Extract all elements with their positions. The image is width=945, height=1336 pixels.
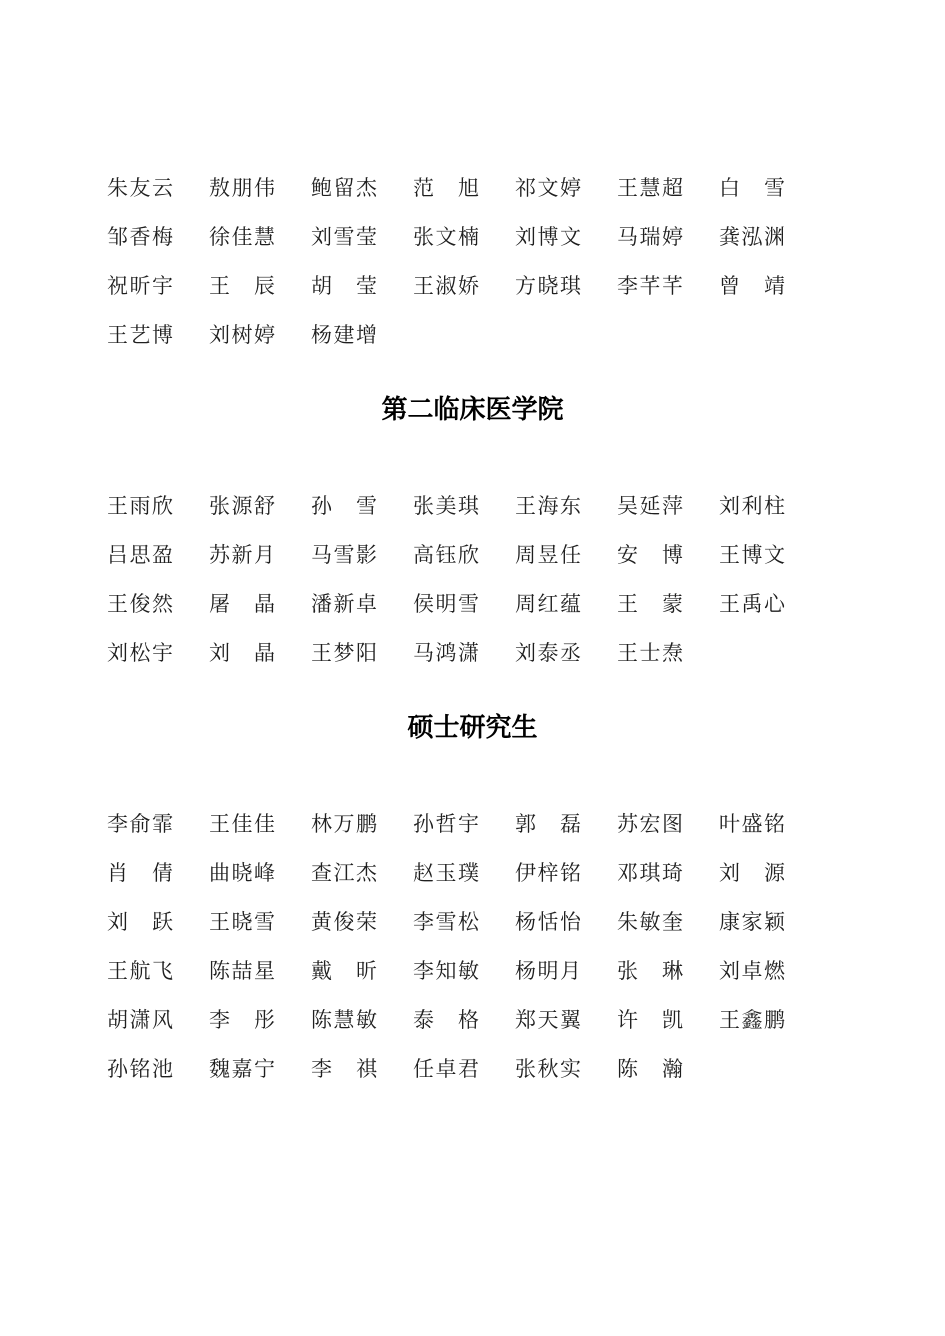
name-cell: 陈慧敏 (311, 1009, 377, 1031)
name-cell: 胡潇风 (107, 1009, 173, 1031)
name-cell: 王慧超 (617, 177, 683, 199)
name-cell: 泰格 (413, 1009, 479, 1031)
name-cell: 刘松宇 (107, 642, 173, 664)
name-cell: 祝昕宇 (107, 275, 173, 297)
name-row: 刘跃王晓雪黄俊荣李雪松杨恬怡朱敏奎康家颖 (107, 911, 787, 933)
name-cell: 苏宏图 (617, 813, 683, 835)
name-cell: 马鸿潇 (413, 642, 479, 664)
name-cell: 叶盛铭 (719, 813, 785, 835)
name-cell: 王淑娇 (413, 275, 479, 297)
name-cell: 胡莹 (311, 275, 377, 297)
name-cell: 祁文婷 (515, 177, 581, 199)
name-cell: 安博 (617, 544, 683, 566)
name-cell: 曾靖 (719, 275, 785, 297)
name-cell: 邓琪琦 (617, 862, 683, 884)
name-cell: 伊梓铭 (515, 862, 581, 884)
name-cell: 李祺 (311, 1058, 377, 1080)
name-cell: 张文楠 (413, 226, 479, 248)
name-cell: 杨建增 (311, 324, 377, 346)
name-row: 吕思盈苏新月马雪影高钰欣周昱任安博王博文 (107, 544, 787, 566)
name-row: 祝昕宇王辰胡莹王淑娇方晓琪李芊芊曾靖 (107, 275, 787, 297)
name-block: 朱友云敖朋伟鲍留杰范旭祁文婷王慧超白雪邹香梅徐佳慧刘雪莹张文楠刘博文马瑞婷龚泓渊… (107, 177, 787, 346)
name-cell: 王梦阳 (311, 642, 377, 664)
name-cell: 徐佳慧 (209, 226, 275, 248)
name-cell: 鲍留杰 (311, 177, 377, 199)
name-cell: 王佳佳 (209, 813, 275, 835)
name-cell: 周红蕴 (515, 593, 581, 615)
name-cell: 任卓君 (413, 1058, 479, 1080)
name-cell: 杨明月 (515, 960, 581, 982)
name-cell: 王博文 (719, 544, 785, 566)
name-cell: 苏新月 (209, 544, 275, 566)
name-cell: 王雨欣 (107, 495, 173, 517)
name-cell: 王艺博 (107, 324, 173, 346)
name-cell: 王航飞 (107, 960, 173, 982)
name-cell: 王士焘 (617, 642, 683, 664)
name-cell: 曲晓峰 (209, 862, 275, 884)
name-row: 王俊然屠晶潘新卓侯明雪周红蕴王蒙王禹心 (107, 593, 787, 615)
name-cell: 李知敏 (413, 960, 479, 982)
name-cell: 肖倩 (107, 862, 173, 884)
name-row: 邹香梅徐佳慧刘雪莹张文楠刘博文马瑞婷龚泓渊 (107, 226, 787, 248)
name-cell: 张源舒 (209, 495, 275, 517)
name-cell: 王俊然 (107, 593, 173, 615)
name-cell: 刘源 (719, 862, 785, 884)
name-cell: 魏嘉宁 (209, 1058, 275, 1080)
sections-container: 朱友云敖朋伟鲍留杰范旭祁文婷王慧超白雪邹香梅徐佳慧刘雪莹张文楠刘博文马瑞婷龚泓渊… (107, 177, 787, 1080)
name-row: 刘松宇刘晶王梦阳马鸿潇刘泰丞王士焘 (107, 642, 787, 664)
name-cell: 龚泓渊 (719, 226, 785, 248)
name-cell: 王蒙 (617, 593, 683, 615)
name-cell: 邹香梅 (107, 226, 173, 248)
name-cell: 郭磊 (515, 813, 581, 835)
name-cell: 刘泰丞 (515, 642, 581, 664)
name-cell: 许凯 (617, 1009, 683, 1031)
name-cell: 林万鹏 (311, 813, 377, 835)
name-cell: 刘博文 (515, 226, 581, 248)
name-cell: 李芊芊 (617, 275, 683, 297)
name-cell: 张秋实 (515, 1058, 581, 1080)
name-cell: 刘晶 (209, 642, 275, 664)
name-cell: 王晓雪 (209, 911, 275, 933)
name-cell: 黄俊荣 (311, 911, 377, 933)
name-row: 李俞霏王佳佳林万鹏孙哲宇郭磊苏宏图叶盛铭 (107, 813, 787, 835)
name-cell: 陈瀚 (617, 1058, 683, 1080)
document-page: 朱友云敖朋伟鲍留杰范旭祁文婷王慧超白雪邹香梅徐佳慧刘雪莹张文楠刘博文马瑞婷龚泓渊… (0, 0, 945, 1336)
name-row: 孙铭池魏嘉宁李祺任卓君张秋实陈瀚 (107, 1058, 787, 1080)
name-cell: 吴延萍 (617, 495, 683, 517)
name-cell: 孙雪 (311, 495, 377, 517)
name-cell: 潘新卓 (311, 593, 377, 615)
name-cell: 方晓琪 (515, 275, 581, 297)
name-cell: 陈喆星 (209, 960, 275, 982)
name-cell: 查江杰 (311, 862, 377, 884)
name-cell: 白雪 (719, 177, 785, 199)
section-heading: 第二临床医学院 (0, 396, 945, 422)
name-cell: 刘树婷 (209, 324, 275, 346)
name-row: 王艺博刘树婷杨建增 (107, 324, 787, 346)
name-cell: 孙铭池 (107, 1058, 173, 1080)
name-cell: 周昱任 (515, 544, 581, 566)
name-cell: 范旭 (413, 177, 479, 199)
name-cell: 敖朋伟 (209, 177, 275, 199)
name-cell: 张美琪 (413, 495, 479, 517)
name-cell: 王鑫鹏 (719, 1009, 785, 1031)
name-cell: 王辰 (209, 275, 275, 297)
name-cell: 吕思盈 (107, 544, 173, 566)
name-cell: 张琳 (617, 960, 683, 982)
name-row: 王航飞陈喆星戴昕李知敏杨明月张琳刘卓燃 (107, 960, 787, 982)
name-cell: 刘雪莹 (311, 226, 377, 248)
name-cell: 王海东 (515, 495, 581, 517)
name-cell: 侯明雪 (413, 593, 479, 615)
roster-content: 朱友云敖朋伟鲍留杰范旭祁文婷王慧超白雪邹香梅徐佳慧刘雪莹张文楠刘博文马瑞婷龚泓渊… (0, 0, 787, 1080)
name-cell: 孙哲宇 (413, 813, 479, 835)
name-cell: 马瑞婷 (617, 226, 683, 248)
name-row: 朱友云敖朋伟鲍留杰范旭祁文婷王慧超白雪 (107, 177, 787, 199)
name-cell: 刘卓燃 (719, 960, 785, 982)
name-row: 王雨欣张源舒孙雪张美琪王海东吴延萍刘利柱 (107, 495, 787, 517)
section-heading: 硕士研究生 (0, 714, 945, 740)
name-cell: 屠晶 (209, 593, 275, 615)
name-cell: 刘跃 (107, 911, 173, 933)
name-cell: 赵玉璞 (413, 862, 479, 884)
name-cell: 康家颖 (719, 911, 785, 933)
name-cell: 戴昕 (311, 960, 377, 982)
name-cell: 李彤 (209, 1009, 275, 1031)
name-cell: 郑天翼 (515, 1009, 581, 1031)
name-cell: 刘利柱 (719, 495, 785, 517)
name-cell: 高钰欣 (413, 544, 479, 566)
name-cell: 马雪影 (311, 544, 377, 566)
name-cell: 李雪松 (413, 911, 479, 933)
name-block: 李俞霏王佳佳林万鹏孙哲宇郭磊苏宏图叶盛铭肖倩曲晓峰查江杰赵玉璞伊梓铭邓琪琦刘源刘… (107, 813, 787, 1080)
name-row: 胡潇风李彤陈慧敏泰格郑天翼许凯王鑫鹏 (107, 1009, 787, 1031)
name-cell: 王禹心 (719, 593, 785, 615)
name-cell: 李俞霏 (107, 813, 173, 835)
name-cell: 杨恬怡 (515, 911, 581, 933)
name-row: 肖倩曲晓峰查江杰赵玉璞伊梓铭邓琪琦刘源 (107, 862, 787, 884)
name-cell: 朱友云 (107, 177, 173, 199)
name-cell: 朱敏奎 (617, 911, 683, 933)
name-block: 王雨欣张源舒孙雪张美琪王海东吴延萍刘利柱吕思盈苏新月马雪影高钰欣周昱任安博王博文… (107, 495, 787, 664)
